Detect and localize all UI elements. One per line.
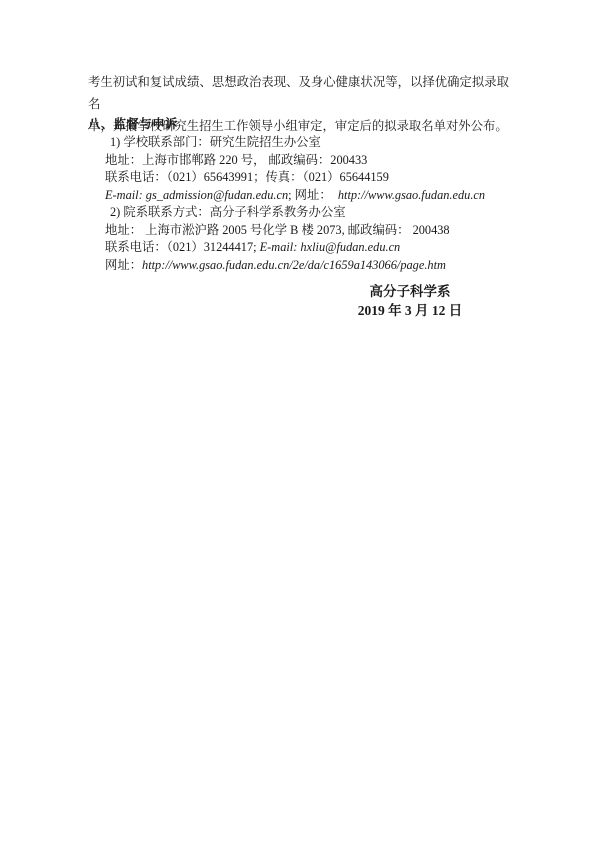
contact1-phone-fax: 联系电话：（021）65643991；传真：（021）65644159 <box>88 169 528 187</box>
signature-date: 2019 年 3 月 12 日 <box>310 302 510 321</box>
contact-list: 1) 学校联系部门：研究生院招生办公室 地址：上海市邯郸路 220 号， 邮政编… <box>88 134 528 274</box>
contact1-email-website: E-mail: gs_admission@fudan.edu.cn; 网址： h… <box>88 187 528 205</box>
contact1-address: 地址：上海市邯郸路 220 号， 邮政编码：200433 <box>88 152 528 170</box>
contact2-phone-email: 联系电话：（021）31244417; E-mail: hxliu@fudan.… <box>88 239 528 257</box>
contact2-website: 网址：http://www.gsao.fudan.edu.cn/2e/da/c1… <box>88 257 528 275</box>
contact2-website-url: http://www.gsao.fudan.edu.cn/2e/da/c1659… <box>142 258 446 272</box>
contact2-website-label: 网址： <box>105 258 142 272</box>
contact2-title: 2) 院系联系方式：高分子科学系教务办公室 <box>88 204 528 222</box>
paragraph-line-1: 考生初试和复试成绩、思想政治表现、及身心健康状况等，以择优确定拟录取名 <box>88 71 509 115</box>
contact2-email-text: E-mail: hxliu@fudan.edu.cn <box>260 240 401 254</box>
contact2-phone-text: 联系电话：（021）31244417; <box>105 240 260 254</box>
signature-department: 高分子科学系 <box>310 283 510 302</box>
contact1-website-url: http://www.gsao.fudan.edu.cn <box>338 188 485 202</box>
contact1-email-text: E-mail: gs_admission@fudan.edu.cn <box>105 188 288 202</box>
contact1-title: 1) 学校联系部门：研究生院招生办公室 <box>88 134 528 152</box>
contact1-website-label: 网址： <box>295 188 338 202</box>
document-page: 考生初试和复试成绩、思想政治表现、及身心健康状况等，以择优确定拟录取名 单，并报… <box>0 0 596 842</box>
section-heading-supervision-appeal: 八、监督与申诉 <box>88 116 178 134</box>
signature-block: 高分子科学系 2019 年 3 月 12 日 <box>310 283 510 320</box>
contact2-address: 地址： 上海市淞沪路 2005 号化学 B 楼 2073, 邮政编码： 2004… <box>88 222 528 240</box>
